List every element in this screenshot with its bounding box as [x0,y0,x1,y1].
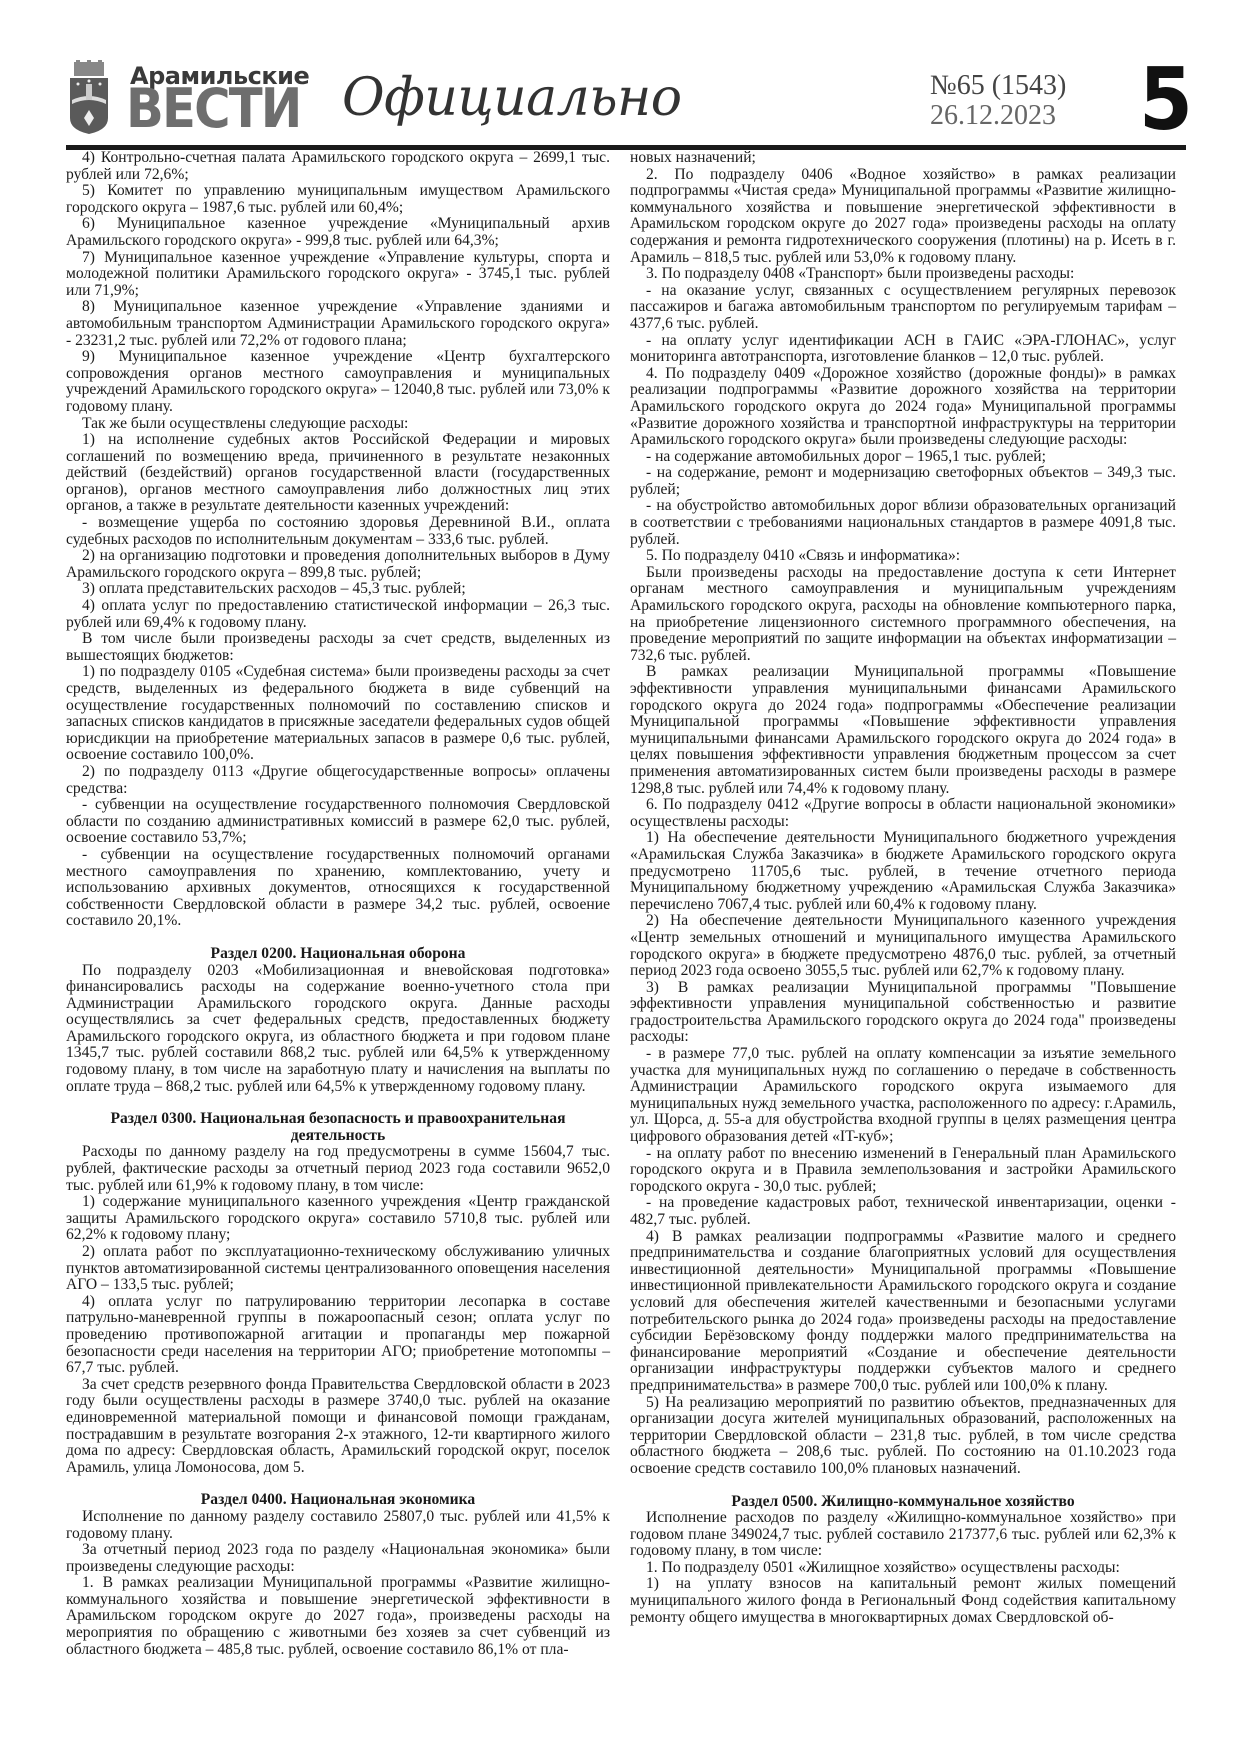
paragraph: 3) В рамках реализации Муниципальной про… [630,980,1176,1046]
paragraph: 1) на уплату взносов на капитальный ремо… [630,1576,1176,1626]
paragraph: 2) по подразделу 0113 «Другие общегосуда… [66,764,610,797]
paragraph: - в размере 77,0 тыс. рублей на оплату к… [630,1046,1176,1146]
issue-date: 26.12.2023 [930,100,1056,132]
section-heading: Раздел 0500. Жилищно-коммунальное хозяйс… [630,1494,1176,1511]
paragraph: - субвенции на осуществление государстве… [66,797,610,847]
paragraph: 1) содержание муниципального казенного у… [66,1194,610,1244]
paragraph: Были произведены расходы на предоставлен… [630,565,1176,665]
section-gap [66,1476,610,1492]
left-column: 4) Контрольно-счетная палата Арамильског… [66,150,610,1658]
right-column: новых назначений;2. По подразделу 0406 «… [630,150,1176,1626]
paragraph: 1. По подразделу 0501 «Жилищное хозяйств… [630,1560,1176,1577]
paragraph: Так же были осуществлены следующие расхо… [66,416,610,433]
paragraph: 1) на исполнение судебных актов Российск… [66,432,610,515]
paragraph: 3. По подразделу 0408 «Транспорт» были п… [630,266,1176,283]
section-heading: Раздел 0300. Национальная безопасность и… [66,1111,610,1144]
masthead: Арамильские ВЕСТИ Официально №65 (1543) … [60,56,1180,142]
paragraph: - на оплату работ по внесению изменений … [630,1146,1176,1196]
paragraph: За отчетный период 2023 года по разделу … [66,1542,610,1575]
paragraph: 5. По подразделу 0410 «Связь и информати… [630,548,1176,565]
paragraph: 2) оплата работ по эксплуатационно-техни… [66,1244,610,1294]
paragraph: 9) Муниципальное казенное учреждение «Це… [66,349,610,415]
paragraph: - возмещение ущерба по состоянию здоровь… [66,515,610,548]
paragraph: Исполнение по данному разделу составило … [66,1509,610,1542]
paragraph: 2) на организацию подготовки и проведени… [66,548,610,581]
paragraph: 4) В рамках реализации подпрограммы «Раз… [630,1229,1176,1395]
paragraph: За счет средств резервного фонда Правите… [66,1377,610,1477]
paragraph: 4. По подразделу 0409 «Дорожное хозяйств… [630,366,1176,449]
paragraph: - на проведение кадастровых работ, техни… [630,1195,1176,1228]
section-heading: Раздел 0400. Национальная экономика [66,1492,610,1509]
paragraph: 4) оплата услуг по патрулированию террит… [66,1294,610,1377]
paragraph: - на оплату услуг идентификации АСН в ГА… [630,333,1176,366]
paragraph: новых назначений; [630,150,1176,167]
page-number: 5 [1139,50,1193,150]
paragraph: Исполнение расходов по разделу «Жилищно-… [630,1510,1176,1560]
section-gap [66,1095,610,1111]
paragraph: 7) Муниципальное казенное учреждение «Уп… [66,250,610,300]
logo-title-main: ВЕСТИ [126,82,301,136]
paragraph: Расходы по данному разделу на год предус… [66,1144,610,1194]
paragraph: 4) оплата услуг по предоставлению статис… [66,598,610,631]
paragraph: - на обустройство автомобильных дорог вб… [630,498,1176,548]
paragraph: 2) На обеспечение деятельности Муниципал… [630,913,1176,979]
paragraph: - на содержание автомобильных дорог – 19… [630,449,1176,466]
coat-of-arms-icon [68,60,110,134]
section-gap [630,1478,1176,1494]
section-title: Официально [342,68,682,128]
paragraph: 5) Комитет по управлению муниципальным и… [66,183,610,216]
paragraph: 2. По подразделу 0406 «Водное хозяйство»… [630,167,1176,267]
paragraph: В том числе были произведены расходы за … [66,631,610,664]
paragraph: В рамках реализации Муниципальной програ… [630,664,1176,797]
paragraph: 6) Муниципальное казенное учреждение «Му… [66,216,610,249]
paragraph: 1. В рамках реализации Муниципальной про… [66,1575,610,1658]
paragraph: 5) На реализацию мероприятий по развитию… [630,1395,1176,1478]
paragraph: 4) Контрольно-счетная палата Арамильског… [66,150,610,183]
paragraph: 1) На обеспечение деятельности Муниципал… [630,830,1176,913]
paragraph: - на содержание, ремонт и модернизацию с… [630,465,1176,498]
section-heading: Раздел 0200. Национальная оборона [66,946,610,963]
paragraph: По подразделу 0203 «Мобилизационная и вн… [66,963,610,1096]
paragraph: 3) оплата представительских расходов – 4… [66,581,610,598]
paragraph: 1) по подразделу 0105 «Судебная система»… [66,664,610,764]
paragraph: - субвенции на осуществление государстве… [66,847,610,930]
section-gap [66,930,610,946]
issue-number: №65 (1543) [930,70,1066,102]
paragraph: - на оказание услуг, связанных с осущест… [630,283,1176,333]
paragraph: 8) Муниципальное казенное учреждение «Уп… [66,299,610,349]
paragraph: 6. По подразделу 0412 «Другие вопросы в … [630,797,1176,830]
